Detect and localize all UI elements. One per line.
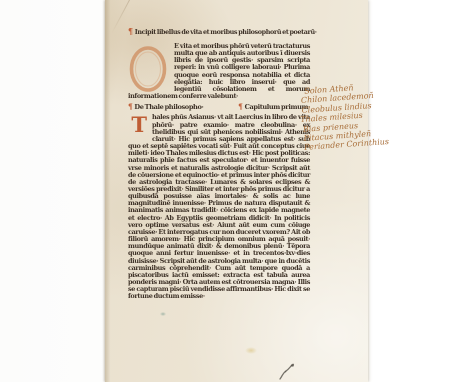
incipit-text: Incipit libellus de vita et moribus phil… (135, 28, 317, 36)
photo-backdrop: ¶Incipit libellus de vita et moribus phi… (0, 0, 468, 382)
ink-squiggle-mark (277, 362, 299, 381)
lombard-initial-d-icon (128, 46, 170, 92)
chapter-title: ¶De Thale philosopho· (128, 102, 203, 112)
chapter-number: ¶Capitulum primum· (238, 102, 310, 112)
marginal-annotations: Solon Atheñ Chilon lacedemoñ Cleobulus l… (300, 81, 384, 152)
chapter-heading: ¶De Thale philosopho· ¶Capitulum primum· (128, 102, 310, 112)
thales-text: hales phūs Asianus· vt ait Laercius in l… (128, 113, 310, 300)
chapter-title-text: De Thale philosopho· (134, 103, 203, 111)
book-page: ¶Incipit libellus de vita et moribus phi… (105, 0, 368, 382)
prologue-paragraph: E vita et moribus phōrū veterū tractatur… (128, 43, 310, 100)
incipit-header: ¶Incipit libellus de vita et moribus phi… (128, 27, 310, 37)
chapter-number-text: Capitulum primum· (245, 103, 310, 111)
pilcrow-icon: ¶ (238, 102, 242, 111)
lombard-initial-t: T (128, 115, 150, 136)
thales-paragraph: Thales phūs Asianus· vt ait Laercius in … (128, 114, 310, 300)
paper-stain (245, 347, 257, 354)
paper-stain (160, 312, 166, 316)
printed-text-block: ¶Incipit libellus de vita et moribus phi… (128, 27, 310, 301)
pilcrow-icon: ¶ (128, 26, 133, 36)
pilcrow-icon: ¶ (128, 102, 132, 111)
page-left-edge (105, 0, 111, 382)
